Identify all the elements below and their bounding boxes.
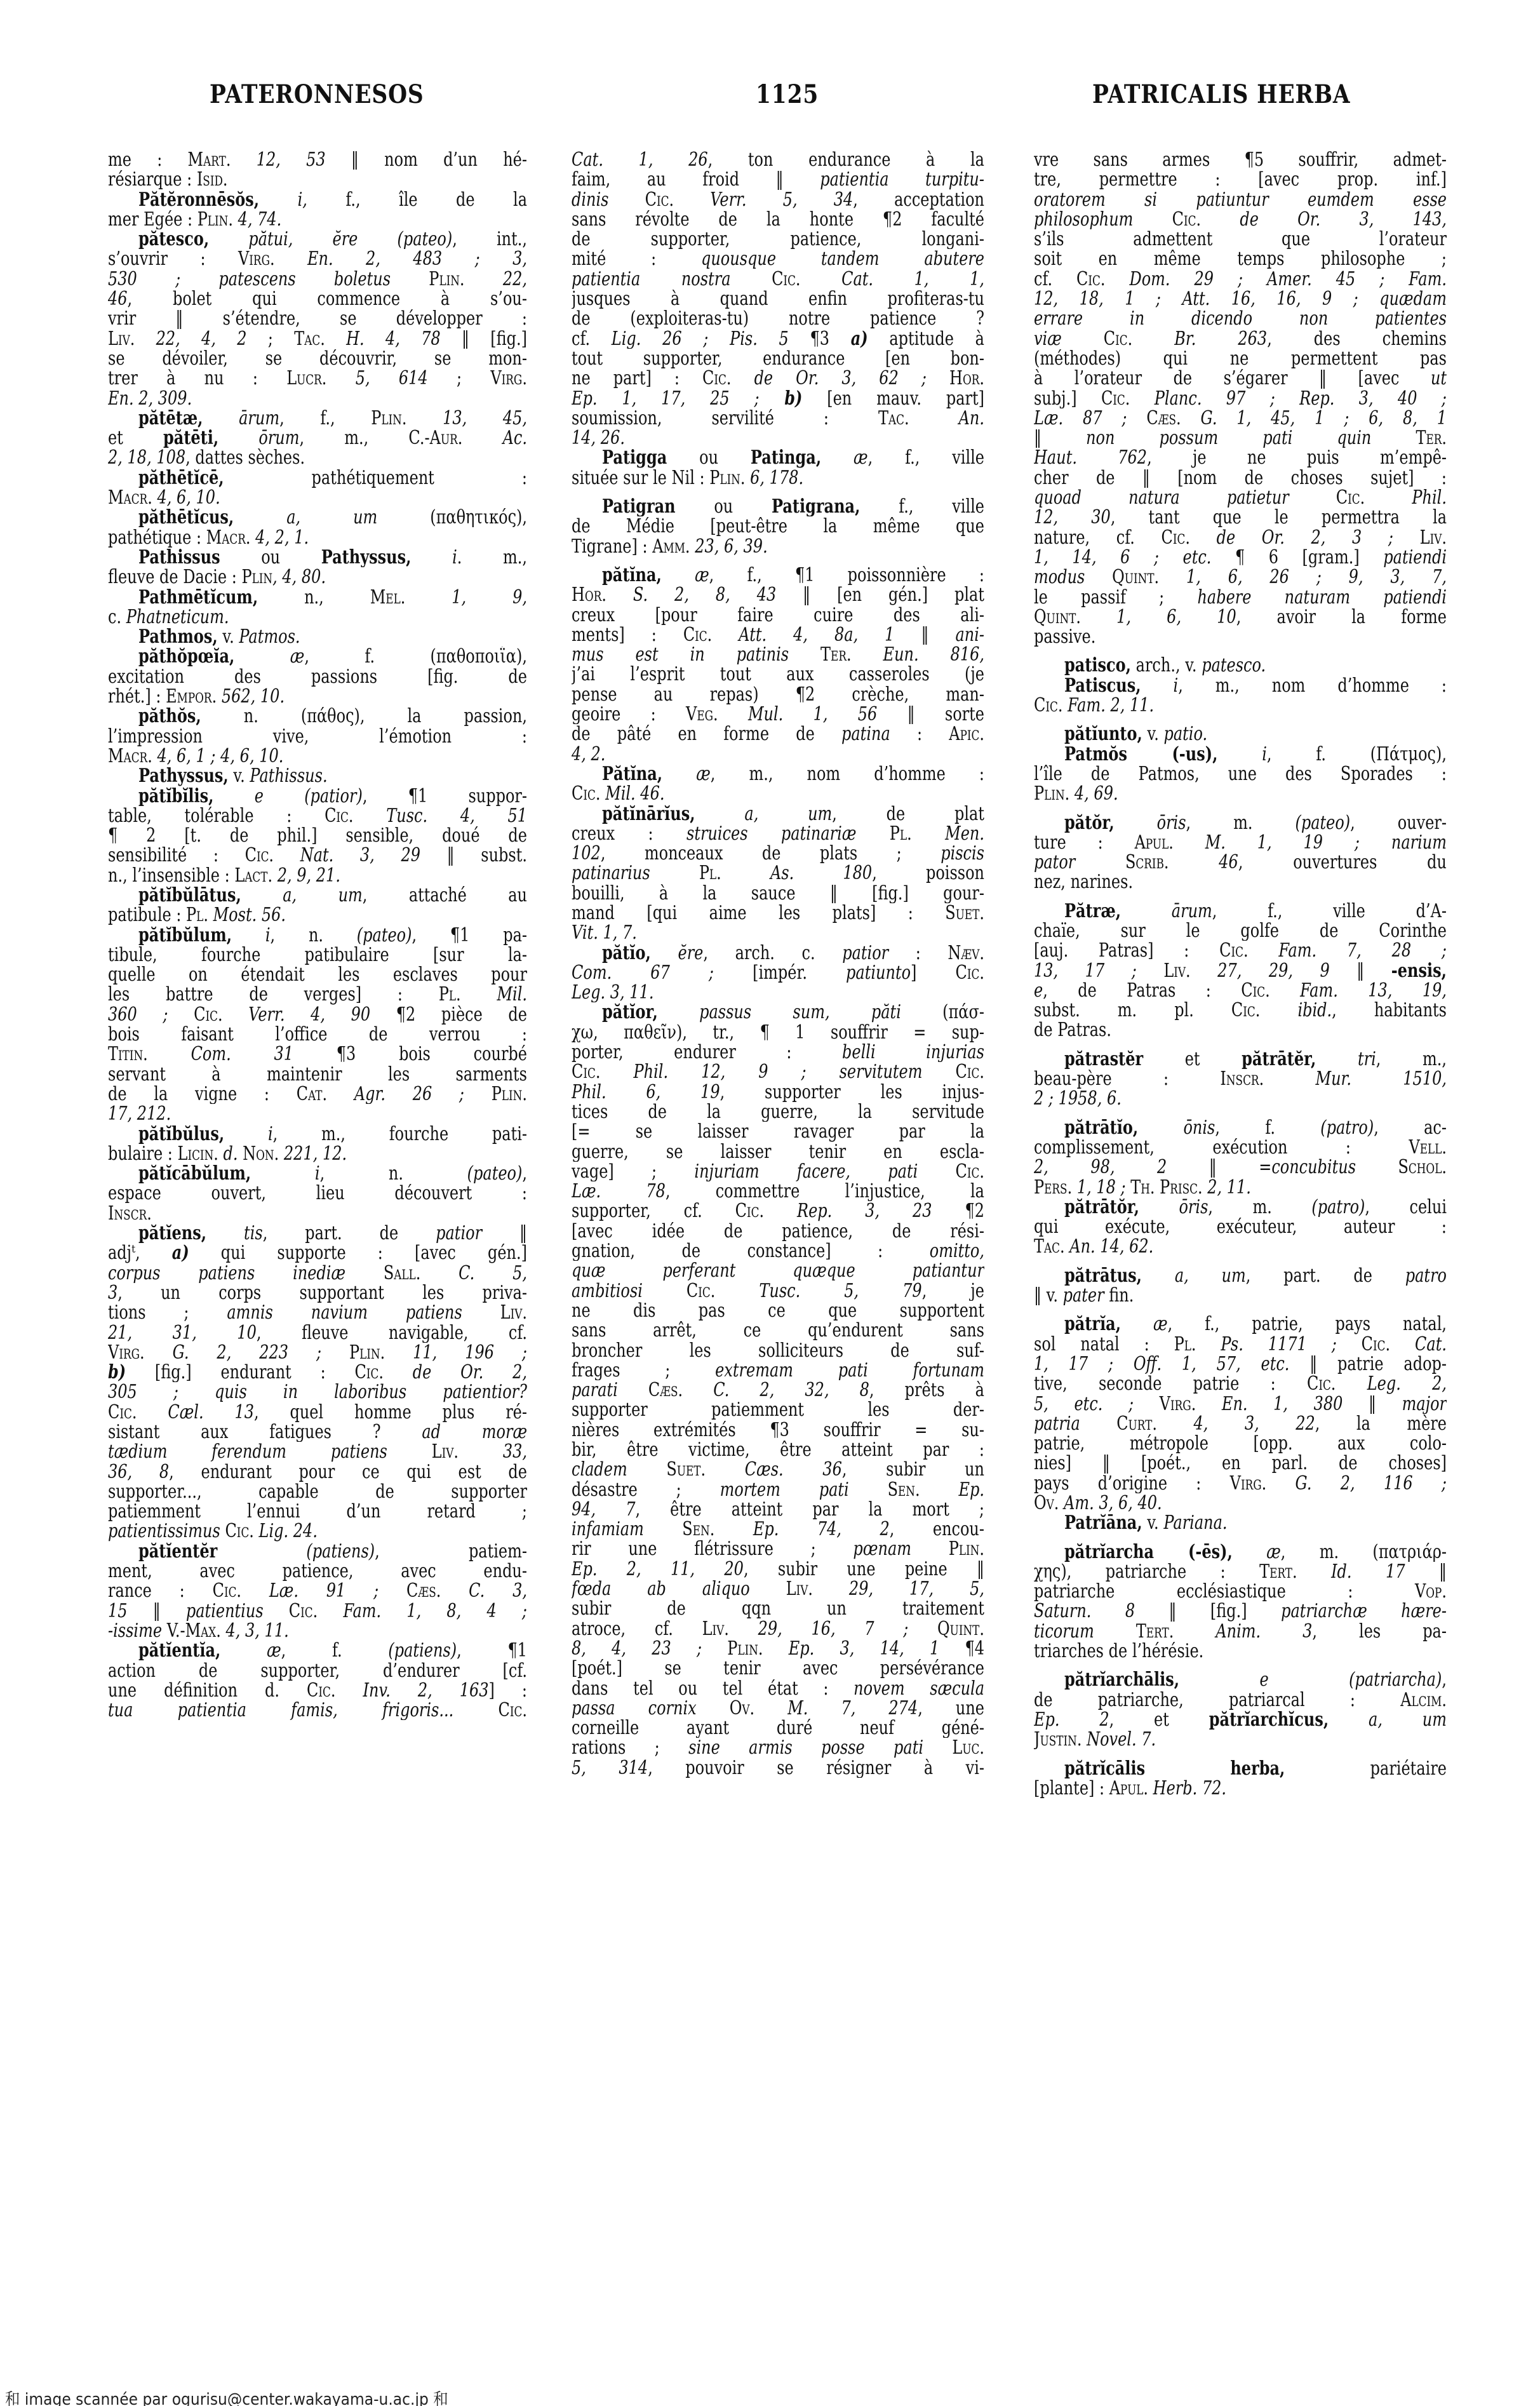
text-run: sistant aux fatigues ? — [108, 1422, 422, 1442]
line-text: b) [fig.] endurant : Cic. de Or. 2, — [108, 1362, 527, 1382]
text-run: Inscr. — [108, 1204, 152, 1223]
text-run: , m., nom d’homme : — [1178, 676, 1447, 696]
line-text: qui exécute, exécuteur, auteur : — [1034, 1217, 1447, 1237]
line-text: l’impression vive, l’émotion : — [108, 727, 527, 746]
line-text: Hor. S. 2, 8, 43 ‖ [en gén.] plat — [572, 585, 984, 605]
entry-line: bois faisant l’office de verrou : — [108, 1025, 527, 1044]
text-run: Mil. — [461, 985, 527, 1004]
text-run: Fam. 7, 28 ; — [1249, 941, 1447, 960]
text-run: 1, 18 ; — [1072, 1178, 1125, 1197]
text-run: 4, 3, 22 — [1157, 1414, 1315, 1434]
text-run: porter, endurer : — [572, 1042, 842, 1062]
text-run: , f., ville — [868, 448, 984, 467]
text-run: , ¶1 pa- — [412, 925, 528, 945]
text-run: Cic. — [1241, 981, 1269, 1000]
text-run: , ouver- — [1350, 813, 1447, 833]
line-text: de supporter, patience, longani- — [572, 229, 984, 249]
text-run: H. 4, 78 — [325, 329, 441, 349]
text-run: rhét.] : — [108, 687, 166, 706]
headword: Pathyssus, — [321, 548, 412, 567]
text-run: ‖ nom d’un hé- — [326, 150, 527, 170]
line-text: mer Egée : Plin. 4, 74. — [108, 210, 527, 229]
text-run: cf. — [572, 329, 612, 349]
entry-line: mus est in patinis Ter. Eun. 816, — [572, 645, 984, 664]
entry-line: Læ. 78, commettre l’injustice, la — [572, 1181, 984, 1201]
text-run: Lig. 26 ; Pis. 5 — [612, 329, 789, 349]
line-text: nature, cf. Cic. de Or. 2, 3 ; Liv. — [1034, 528, 1447, 548]
text-run: 36, 8 — [108, 1462, 169, 1482]
text-run: Apic. — [949, 724, 984, 744]
text-run: Ov. — [1034, 1493, 1059, 1513]
text-run: passa cornix — [572, 1698, 697, 1718]
entry-line: le passif ; habere naturam patiendi — [1034, 588, 1447, 607]
text-run: , part. de — [1246, 1266, 1405, 1286]
text-run: faim, au froid ‖ — [572, 170, 820, 189]
entry-headline: pătĭnārĭus, a, um, de plat — [572, 804, 984, 824]
text-run: tibule, fourche patibulaire [sur la- — [108, 945, 527, 965]
text-run: 23, 6, 39. — [690, 537, 768, 556]
text-run: Cic. — [1289, 488, 1365, 507]
entry-headline: păthētĭcus, a, um (παθητικός), — [108, 507, 527, 527]
text-run: Justin. — [1034, 1730, 1081, 1749]
entry-headline: pătĭor, passus sum, păti (πάσ- — [572, 1002, 984, 1022]
text-run: ārum — [203, 408, 280, 428]
entry-headline: pătĭbŭlus, i, m., fourche pati- — [108, 1124, 527, 1144]
text-run: v. — [1142, 724, 1164, 744]
text-run: Hor. — [572, 585, 606, 605]
line-text: pătrātus, a, um, part. de patro — [1064, 1266, 1447, 1286]
text-run: , endurant pour ce qui est de — [169, 1462, 527, 1482]
text-run: d. — [218, 1144, 238, 1164]
text-run: action de supporter, d’endurer [cf. — [108, 1661, 527, 1681]
text-run: ‖ = — [1167, 1157, 1271, 1177]
entry-line: rhét.] : Empor. 562, 10. — [108, 687, 527, 706]
left-guideword: PATERONNESOS — [210, 79, 424, 109]
text-run: fœda ab aliquo — [572, 1579, 750, 1599]
text-run: patria — [1034, 1414, 1080, 1434]
line-text: rance : Cic. Læ. 91 ; Cæs. C. 3, — [108, 1581, 527, 1601]
entry-line: désastre ; mortem pati Sen. Ep. — [572, 1480, 984, 1500]
line-text: Vit. 1, 7. — [572, 923, 984, 943]
entry-line: 5, etc. ; Virg. En. 1, 380 ‖ major — [1034, 1394, 1447, 1414]
entry-line: nature, cf. Cic. de Or. 2, 3 ; Liv. — [1034, 528, 1447, 548]
entry-line: 13, 17 ; Liv. 27, 29, 9 ‖ -ensis, — [1034, 961, 1447, 981]
text-run: Plin. — [371, 408, 406, 428]
text-run: Liv. — [750, 1579, 813, 1599]
entry-headline: Patiscus, i, m., nom d’homme : — [1034, 676, 1447, 696]
entry-line: b) [fig.] endurant : Cic. de Or. 2, — [108, 1362, 527, 1382]
text-run: æ — [821, 448, 867, 467]
entry-line: ne part] : Cic. de Or. 3, 62 ; Hor. — [572, 368, 984, 388]
text-run: Ep. 2 — [1034, 1710, 1109, 1730]
line-text: pătesco, pătui, ĕre (pateo), int., — [138, 229, 527, 249]
text-run: 46 — [1169, 852, 1238, 872]
text-run: Scrib. — [1075, 852, 1168, 872]
line-text: parati Cæs. C. 2, 32, 8, prêts à — [572, 1380, 984, 1400]
text-run: de Patras. — [1034, 1020, 1111, 1040]
text-run: ibid. — [1260, 1000, 1332, 1020]
line-text: ‖ v. pater fin. — [1034, 1286, 1447, 1305]
entry-line: complissement, exécution : Vell. — [1034, 1138, 1447, 1157]
text-run: patriarchæ hære- — [1281, 1601, 1447, 1621]
text-run: n. (πάθος), la passion, — [201, 706, 527, 726]
line-text: Titin. Com. 31 ¶3 bois courbé — [108, 1044, 527, 1064]
line-text: pătrĭarchālis, e (patriarcha), — [1064, 1670, 1447, 1690]
entry-line: nies] ‖ [poét., en parl. de choses] — [1034, 1453, 1447, 1473]
line-text: 15 ‖ patientius Cic. Fam. 1, 8, 4 ; — [108, 1601, 527, 1621]
entry-line: Cic. Phil. 12, 9 ; servitutem Cic. — [572, 1062, 984, 1082]
text-run: omitto, — [930, 1241, 984, 1261]
text-run: tices de la guerre, la servitude — [572, 1102, 984, 1122]
text-run: cf. — [1034, 269, 1076, 289]
entry-line: rance : Cic. Læ. 91 ; Cæs. C. 3, — [108, 1581, 527, 1601]
headword: herba, — [1230, 1759, 1285, 1778]
text-run: Apul. — [1109, 1778, 1148, 1798]
text-run: Ep. 2, 11, 20 — [572, 1559, 744, 1579]
entry-line: passive. — [1034, 627, 1447, 647]
entry-line: errare in dicendo non patientes — [1034, 309, 1447, 328]
text-run: de Or. 3, 143, — [1201, 210, 1447, 229]
headword: pătētæ, — [138, 408, 203, 428]
line-text: dinis Cic. Verr. 5, 34, acceptation — [572, 190, 984, 210]
text-run: An. 14, 62. — [1065, 1237, 1154, 1256]
text-run: Cic. — [1133, 210, 1201, 229]
text-run: Anim. 3 — [1174, 1622, 1312, 1641]
entry-line: [auj. Patras] : Cic. Fam. 7, 28 ; — [1034, 941, 1447, 960]
text-run: , les pa- — [1312, 1622, 1447, 1641]
text-run: errare in dicendo non patientes — [1034, 309, 1447, 328]
line-text: pătĭunto, v. patio. — [1064, 724, 1447, 744]
text-run: , patiem- — [375, 1542, 527, 1561]
entry-line: Haut. 762, je ne puis m’empê- — [1034, 448, 1447, 467]
line-text: rir une flétrissure ; pœnam Plin. — [572, 1539, 984, 1559]
line-text: Cic. Cæl. 13, quel homme plus ré- — [108, 1402, 527, 1422]
text-run: Pl. — [650, 863, 721, 883]
text-run: Cic. — [453, 1700, 527, 1720]
text-run: non possum pati quin — [1086, 428, 1371, 448]
entry-line: creux [pour faire cuire des ali- — [572, 605, 984, 625]
entry-line: corneille ayant duré neuf géné- — [572, 1718, 984, 1738]
text-run: Cic. — [108, 1402, 137, 1422]
text-run: triarches de l’hérésie. — [1034, 1641, 1203, 1661]
text-run: Vit. 1, 7. — [572, 923, 637, 943]
text-run: Rep. 3, 23 — [764, 1201, 932, 1221]
entry-line: tædium ferendum patiens Liv. 33, — [108, 1442, 527, 1462]
line-text: ‖ non possum pati quin Ter. — [1034, 428, 1447, 448]
text-run: ¶4 — [939, 1639, 984, 1658]
text-run: (παθητικός), — [377, 507, 527, 527]
entry-line: Tac. An. 14, 62. — [1034, 1237, 1447, 1256]
text-run: , des chemins — [1267, 329, 1447, 349]
line-text: Com. 67 ; [impér. patiunto] Cic. — [572, 963, 984, 983]
text-run: patesco. — [1202, 655, 1266, 675]
entry-headline: Patigran ou Patigrana, f., ville — [572, 497, 984, 516]
text-run: 14, 26. — [572, 428, 625, 448]
entry-line: 5, 314, pouvoir se résigner à vi- — [572, 1758, 984, 1778]
line-text: Ep. 1, 17, 25 ; b) [en mauv. part] — [572, 389, 984, 408]
text-run: , la mère — [1315, 1414, 1447, 1434]
text-run: j’ai l’esprit tout aux casseroles (je — [572, 664, 984, 684]
line-text: pătĭentĭa, æ, f. (patiens), ¶1 — [138, 1641, 527, 1660]
headword: pătĭor, — [602, 1002, 658, 1022]
text-run: Cic. — [307, 1681, 335, 1700]
text-run: Most. 56. — [208, 905, 286, 925]
text-run: Pariana. — [1163, 1513, 1227, 1533]
text-run: ‖ — [128, 1601, 186, 1621]
text-run: pense au repas) ¶2 crèche, man- — [572, 685, 984, 704]
text-run: nature, cf. — [1034, 528, 1162, 548]
text-run: Verr. 4, 90 — [223, 1005, 371, 1025]
text-run: soit en même temps philosophe ; — [1034, 249, 1447, 269]
line-text: Patrĭāna, v. Pariana. — [1064, 1513, 1447, 1533]
entry-line: subj.] Cic. Planc. 97 ; Rep. 3, 40 ; — [1034, 389, 1447, 408]
text-run: et — [1143, 1049, 1242, 1069]
text-run: pays d’origine : — [1034, 1474, 1230, 1493]
text-run: 102 — [572, 843, 601, 863]
text-run: Virg. — [238, 249, 275, 269]
text-run: novem sæcula — [854, 1679, 984, 1698]
text-run: Cic. — [1307, 1374, 1336, 1394]
text-run: me : — [108, 150, 188, 170]
text-run: corneille ayant duré neuf géné- — [572, 1718, 984, 1738]
entry-line: supporter..., capable de supporter — [108, 1482, 527, 1502]
entry-line: soumission, servilité : Tac. An. — [572, 408, 984, 428]
line-text: Haut. 762, je ne puis m’empê- — [1034, 448, 1447, 467]
text-run: Plin. — [911, 1539, 984, 1559]
text-run: Ter. — [789, 645, 852, 664]
line-text: mus est in patinis Ter. Eun. 816, — [572, 645, 984, 664]
text-run: Leg. 2, — [1336, 1374, 1447, 1394]
line-text: cf. Cic. Dom. 29 ; Amer. 45 ; Fam. — [1034, 269, 1447, 289]
text-run: beau-père : — [1034, 1069, 1220, 1089]
entry-line: patriarche ecclésiastique : Vop. — [1034, 1582, 1447, 1601]
text-run: 1, 17 ; Off. 1, 57, etc. — [1034, 1354, 1289, 1374]
line-text: pătĭbĭlis, e (patior), ¶1 suppor- — [138, 786, 527, 806]
line-text: χης), patriarche : Tert. Id. 17 ‖ — [1034, 1562, 1447, 1582]
line-text: pătrātĭo, ōnis, f. (patro), ac- — [1064, 1118, 1447, 1138]
entry-line: patinarius Pl. As. 180, poisson — [572, 863, 984, 883]
line-text: les battre de verges] : Pl. Mil. — [108, 985, 527, 1004]
line-text: sans arrêt, ce qu’endurent sans — [572, 1321, 984, 1340]
entry-line: chaïe, sur le golfe de Corinthe — [1034, 921, 1447, 941]
text-run: corpus patiens inediæ — [108, 1263, 345, 1283]
line-text: fœda ab aliquo Liv. 29, 17, 5, — [572, 1579, 984, 1599]
text-run: n., l’insensible : — [108, 866, 234, 885]
text-run: ture : — [1034, 833, 1135, 852]
text-run: Mur. 1510, — [1264, 1069, 1447, 1089]
text-run: nez, narines. — [1034, 872, 1133, 892]
text-run: l’impression vive, l’émotion : — [108, 727, 527, 746]
text-run: 5, 314 — [572, 1758, 648, 1778]
text-run: Tac. — [878, 408, 909, 428]
text-run: Cic. — [1219, 941, 1248, 960]
entry-headline: pătĭo, ĕre, arch. c. patior : Næv. — [572, 943, 984, 963]
entry-line: se dévoiler, se découvrir, se mon- — [108, 349, 527, 368]
line-text: (méthodes) qui ne permettent pas — [1034, 349, 1447, 368]
line-text: tua patientia famis, frigoris... Cic. — [108, 1700, 527, 1720]
line-text: espace ouvert, lieu découvert : — [108, 1183, 527, 1203]
text-run: 29, 16, 7 ; — [729, 1619, 908, 1639]
headword: pătĭentĕr — [138, 1542, 217, 1561]
text-run: de Or. 2, — [384, 1362, 527, 1382]
headword: pătĭo, — [602, 943, 651, 963]
entry-line: bouilli, à la sauce ‖ [fig.] gour- — [572, 884, 984, 903]
text-run: Pers. — [1034, 1178, 1072, 1197]
line-text: de la vigne : Cat. Agr. 26 ; Plin. — [108, 1084, 527, 1104]
text-run: , être atteint par la mort ; — [635, 1500, 984, 1519]
text-run: 12, 18, 1 ; Att. 16, 16, 9 ; quædam — [1034, 289, 1447, 309]
line-text: creux : struices patinariæ Pl. Men. — [572, 824, 984, 843]
text-run: , quel homme plus ré- — [254, 1402, 527, 1422]
text-run: 94, 7 — [572, 1500, 635, 1519]
headword: păthētĭcus, — [138, 507, 234, 527]
text-run: Cic. — [923, 1062, 984, 1082]
text-run: Cat. — [1390, 1334, 1447, 1354]
text-run: , celui — [1365, 1197, 1447, 1217]
entry-line: de pâté en forme de patina : Apic. — [572, 724, 984, 744]
text-run: ut — [1431, 368, 1447, 388]
line-text: Ep. 2, 11, 20, subir une peine ‖ — [572, 1559, 984, 1579]
text-run: Apul. — [1135, 833, 1174, 852]
dictionary-column-left: me : Mart. 12, 53 ‖ nom d’un hé-résiarqu… — [108, 150, 527, 1720]
text-run: broncher les solliciteurs de suf- — [572, 1341, 984, 1361]
text-run: ‖ patrie adop- — [1289, 1354, 1447, 1374]
text-run: supporter..., capable de supporter — [108, 1482, 527, 1502]
entry-line: ticorum Tert. Anim. 3, les pa- — [1034, 1622, 1447, 1641]
text-run: , m. — [1208, 1197, 1311, 1217]
entry-headline: pătĭbĭlis, e (patior), ¶1 suppor- — [108, 786, 527, 806]
text-run: sensibilité : — [108, 845, 245, 865]
text-run: guerre, se laisser tenir en escla- — [572, 1142, 984, 1162]
line-text: de patriarche, patriarcal : Alcim. — [1034, 1690, 1447, 1710]
text-run: injuriam facere, pati — [694, 1162, 918, 1181]
entry-line: ment, avec patience, avec endu- — [108, 1561, 527, 1581]
entry-line: nez, narines. — [1034, 872, 1447, 892]
headword: pătesco, — [138, 229, 209, 249]
entry-line: pathétique : Macr. 4, 2, 1. — [108, 528, 527, 548]
headword: păthŏpœĭa, — [138, 647, 234, 666]
entry-line: En. 2, 309. — [108, 389, 527, 408]
entry-line: beau-père : Inscr. Mur. 1510, — [1034, 1069, 1447, 1089]
text-run: subst. m. pl. — [1034, 1000, 1231, 1020]
entry-line: Com. 67 ; [impér. patiunto] Cic. — [572, 963, 984, 983]
text-run: ‖ [fig.] — [1135, 1601, 1281, 1621]
line-text: Patiscus, i, m., nom d’homme : — [1064, 676, 1447, 696]
entry-line: Ep. 2, et pătrĭarchĭcus, a, um — [1034, 1710, 1447, 1730]
text-run: Saturn. 8 — [1034, 1601, 1135, 1621]
text-run: Ter. — [1371, 428, 1447, 448]
line-text: păthŏs, n. (πάθος), la passion, — [138, 706, 527, 726]
text-run: , je ne puis m’empê- — [1147, 448, 1447, 467]
entry-line: pense au repas) ¶2 crèche, man- — [572, 685, 984, 704]
entry-line: 2, 18, 108, dattes sèches. — [108, 448, 527, 467]
line-text: faim, au froid ‖ patientia turpitu- — [572, 170, 984, 189]
entry-headline: pătrātŏr, ōris, m. (patro), celui — [1034, 1197, 1447, 1217]
text-run: , m., nom d’homme : — [711, 764, 984, 784]
line-text: [= se laisser ravager par la — [572, 1122, 984, 1141]
line-text: s’ouvrir : Virg. En. 2, 483 ; 3, — [108, 249, 527, 269]
entry-line: patiemment l’ennui d’un retard ; — [108, 1502, 527, 1521]
text-run: chaïe, sur le golfe de Corinthe — [1034, 921, 1447, 941]
text-run: Nat. 3, 29 — [274, 845, 420, 865]
text-run: , subir une peine ‖ — [744, 1559, 984, 1579]
text-run: 1, 6, 26 ; 9, 3, 7, — [1159, 567, 1447, 587]
line-text: de Médie [peut-être la même que — [572, 516, 984, 536]
line-text: păthētĭcus, a, um (παθητικός), — [138, 507, 527, 527]
headword: Patiscus, — [1064, 676, 1141, 696]
text-run: , m. — [1186, 813, 1296, 833]
entry-line: 12, 30, tant que le permettra la — [1034, 507, 1447, 527]
line-text: 102, monceaux de plats ; piscis — [572, 843, 984, 863]
text-run: 13, 17 ; — [1034, 961, 1137, 981]
text-run: 6, 178. — [745, 468, 803, 488]
text-run: (patiens) — [388, 1641, 457, 1660]
text-run: Cic. — [325, 806, 353, 826]
text-run: En. 1, 380 — [1196, 1394, 1342, 1414]
entry-headline: pătĭunto, v. patio. — [1034, 724, 1447, 744]
entry-line: mer Egée : Plin. 4, 74. — [108, 210, 527, 229]
text-run: Phil. — [1365, 488, 1447, 507]
text-run: , un corps supportant les priva- — [117, 1283, 527, 1303]
text-run: s’ils admettent que l’orateur — [1034, 229, 1447, 249]
entry-line: 17, 212. — [108, 1104, 527, 1124]
line-text: 1, 17 ; Off. 1, 57, etc. ‖ patrie adop- — [1034, 1354, 1447, 1374]
text-run: 221, 12. — [279, 1144, 347, 1164]
text-run: Mul. 1, 56 — [718, 704, 878, 724]
entry-line: résiarque : Isid. — [108, 170, 527, 189]
text-run: concubitus — [1271, 1157, 1356, 1177]
text-run: Lig. 24. — [254, 1521, 318, 1541]
text-run: patientius — [186, 1601, 264, 1621]
text-run: ōris — [1139, 1197, 1208, 1217]
headword: a) — [172, 1243, 189, 1263]
entry-line: χης), patriarche : Tert. Id. 17 ‖ — [1034, 1562, 1447, 1582]
text-run: Liv. — [702, 1619, 729, 1639]
text-run: nies] ‖ [poét., en parl. de choses] — [1034, 1453, 1447, 1473]
text-run: 13, 45, — [406, 408, 527, 428]
line-text: pense au repas) ¶2 crèche, man- — [572, 685, 984, 704]
text-run: , int., — [452, 229, 527, 249]
line-text: geoire : Veg. Mul. 1, 56 ‖ sorte — [572, 704, 984, 724]
text-run: 8, 4, 23 ; — [572, 1639, 702, 1658]
entry-headline: pătĭna, æ, f., ¶1 poissonnière : — [572, 565, 984, 585]
text-run: 46 — [108, 289, 128, 309]
text-run: Cæs. — [1127, 408, 1181, 428]
text-run: Veg. — [686, 704, 718, 724]
text-run: 530 ; patescens boletus — [108, 269, 391, 289]
text-run: ōrum — [218, 428, 299, 448]
text-run: ¶ 2 [t. de phil.] sensible, doué de — [108, 826, 527, 845]
line-text: passa cornix Ov. M. 7, 274, une — [572, 1698, 984, 1718]
text-run: i — [1217, 744, 1266, 764]
text-run: 1, 14, 6 ; etc. — [1034, 548, 1211, 567]
line-text: Cic. Fam. 2, 11. — [1034, 696, 1447, 715]
text-run: 2 ; 1958, 6. — [1034, 1089, 1122, 1108]
text-run: Læ. 78 — [572, 1181, 666, 1201]
line-text: pătrĭa, æ, f., patrie, pays natal, — [1064, 1314, 1447, 1334]
line-text: Liv. 22, 4, 2 ; Tac. H. 4, 78 ‖ [fig.] — [108, 329, 527, 349]
line-text: nez, narines. — [1034, 872, 1447, 892]
line-text: soumission, servilité : Tac. An. — [572, 408, 984, 428]
entry-headline: Pathmos, v. Patmos. — [108, 627, 527, 647]
text-run: ‖ — [1330, 961, 1391, 981]
entry-line: atroce, cf. Liv. 29, 16, 7 ; Quint. — [572, 1619, 984, 1639]
line-text: 5, etc. ; Virg. En. 1, 380 ‖ major — [1034, 1394, 1447, 1414]
line-text: [avec idée de patience, de rési- — [572, 1221, 984, 1241]
entry-headline: pătētæ, ārum, f., Plin. 13, 45, — [108, 408, 527, 428]
text-run: quousque tandem abutere — [701, 249, 984, 269]
text-run: située sur le Nil : — [572, 468, 709, 488]
